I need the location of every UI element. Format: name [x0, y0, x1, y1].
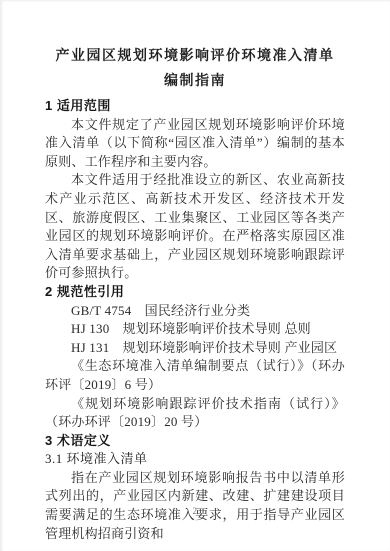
reference-item-hj-131: HJ 131 规划环境影响评价技术导则 产业园区	[45, 339, 345, 358]
reference-item-hj-130: HJ 130 规划环境影响评价技术导则 总则	[45, 320, 345, 339]
section-3-heading: 3 术语定义	[45, 432, 345, 451]
section-2-heading: 2 规范性引用	[45, 283, 345, 302]
section-3-1-heading: 3.1 环境准入清单	[45, 450, 345, 469]
reference-item-gbt-4754: GB/T 4754 国民经济行业分类	[45, 302, 345, 321]
reference-item-tracking-evaluation-guide: 《规划环境影响跟踪评价技术指南（试行）》（环办环评〔2019〕20 号）	[45, 395, 345, 432]
page-number: 2	[0, 506, 390, 516]
doc-content: 1 适用范围 本文件规定了产业园区规划环境影响评价环境准入清单（以下简称“园区准…	[45, 97, 345, 543]
section-1-paragraph-1: 本文件规定了产业园区规划环境影响评价环境准入清单（以下简称“园区准入清单”）编制…	[45, 116, 345, 172]
doc-title: 产业园区规划环境影响评价环境准入清单 编制指南	[45, 44, 345, 94]
section-1-heading: 1 适用范围	[45, 97, 345, 116]
reference-item-eco-env-access-list: 《生态环境准入清单编制要点（试行）》（环办环评〔2019〕6 号）	[45, 357, 345, 394]
doc-title-line1: 产业园区规划环境影响评价环境准入清单	[45, 44, 345, 69]
doc-title-line2: 编制指南	[45, 69, 345, 94]
section-1-paragraph-2: 本文件适用于经批准设立的新区、农业高新技术产业示范区、高新技术开发区、经济技术开…	[45, 171, 345, 283]
document-page: 产业园区规划环境影响评价环境准入清单 编制指南 1 适用范围 本文件规定了产业园…	[0, 0, 390, 551]
